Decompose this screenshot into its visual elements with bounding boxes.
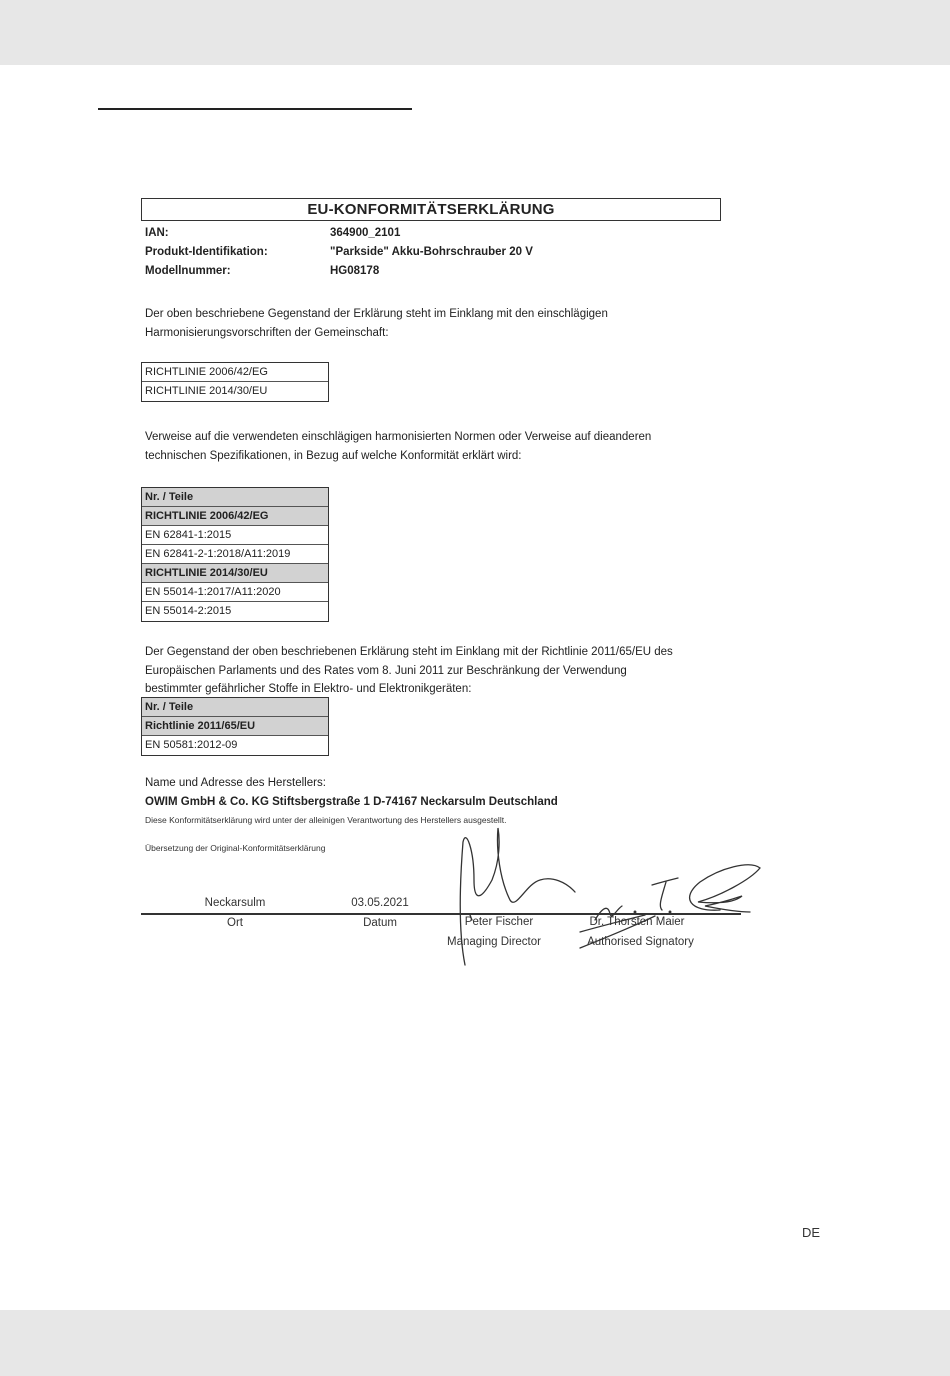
responsibility-note: Diese Konformitätserklärung wird unter d…	[145, 815, 506, 825]
ian-value: 364900_2101	[330, 226, 400, 240]
intro-paragraph: Der oben beschriebene Gegenstand der Erk…	[145, 305, 725, 342]
references-paragraph: Verweise auf die verwendeten einschlägig…	[145, 428, 725, 465]
intro-line-1: Der oben beschriebene Gegenstand der Erk…	[145, 305, 725, 324]
model-number-value: HG08178	[330, 264, 379, 278]
date-label: Datum	[330, 917, 430, 929]
table-header-row: Nr. / Teile	[142, 488, 328, 507]
viewer-bottom-band	[0, 1310, 950, 1376]
header-rule	[98, 108, 412, 110]
intro-line-2: Harmonisierungsvorschriften der Gemeinsc…	[145, 324, 725, 343]
date-value: 03.05.2021	[330, 897, 430, 909]
table-header-row: Richtlinie 2011/65/EU	[142, 717, 328, 736]
rohs-line-2: Europäischen Parlaments und des Rates vo…	[145, 662, 725, 681]
place-value: Neckarsulm	[185, 897, 285, 909]
viewer-top-band	[0, 0, 950, 65]
table-header-row: Nr. / Teile	[142, 698, 328, 717]
table-row: EN 50581:2012-09	[142, 736, 328, 755]
translation-note: Übersetzung der Original-Konformitätserk…	[145, 843, 325, 853]
signer-2-name: Dr. Thorsten Maier	[577, 916, 697, 928]
declaration-title: EU-KONFORMITÄTSERKLÄRUNG	[141, 198, 721, 221]
page-language-label: DE	[802, 1225, 820, 1240]
standards-table: Nr. / TeileRICHTLINIE 2006/42/EGEN 62841…	[141, 487, 329, 622]
manufacturer-address: OWIM GmbH & Co. KG Stiftsbergstraße 1 D-…	[145, 796, 558, 808]
table-row: EN 55014-1:2017/A11:2020	[142, 583, 328, 602]
signer-1-role: Managing Director	[439, 936, 549, 948]
table-header-row: RICHTLINIE 2006/42/EG	[142, 507, 328, 526]
rohs-line-3: bestimmter gefährlicher Stoffe in Elektr…	[145, 680, 725, 699]
table-row: EN 62841-1:2015	[142, 526, 328, 545]
directive-row: RICHTLINIE 2014/30/EU	[142, 382, 328, 401]
table-row: EN 55014-2:2015	[142, 602, 328, 621]
signer-1-name: Peter Fischer	[444, 916, 554, 928]
rohs-paragraph: Der Gegenstand der oben beschriebenen Er…	[145, 643, 725, 699]
product-id-label: Produkt-Identifikation:	[145, 245, 268, 259]
signature-line	[141, 913, 741, 915]
manufacturer-label: Name und Adresse des Herstellers:	[145, 777, 326, 789]
model-number-label: Modellnummer:	[145, 264, 231, 278]
table-row: EN 62841-2-1:2018/A11:2019	[142, 545, 328, 564]
references-line-1: Verweise auf die verwendeten einschlägig…	[145, 428, 725, 447]
directive-row: RICHTLINIE 2006/42/EG	[142, 363, 328, 382]
references-line-2: technischen Spezifikationen, in Bezug au…	[145, 447, 725, 466]
ian-label: IAN:	[145, 226, 169, 240]
rohs-table: Nr. / TeileRichtlinie 2011/65/EUEN 50581…	[141, 697, 329, 756]
directives-table: RICHTLINIE 2006/42/EG RICHTLINIE 2014/30…	[141, 362, 329, 402]
place-label: Ort	[185, 917, 285, 929]
product-id-value: "Parkside" Akku-Bohrschrauber 20 V	[330, 245, 533, 259]
signer-2-role: Authorised Signatory	[578, 936, 703, 948]
table-header-row: RICHTLINIE 2014/30/EU	[142, 564, 328, 583]
rohs-line-1: Der Gegenstand der oben beschriebenen Er…	[145, 643, 725, 662]
